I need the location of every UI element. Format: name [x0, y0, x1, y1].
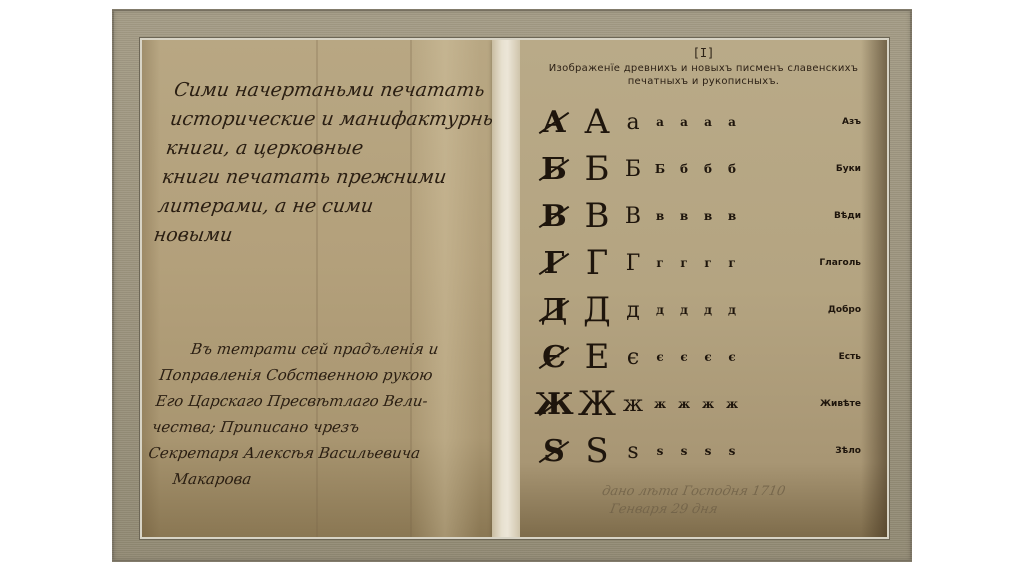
plate-number: [I] — [520, 46, 887, 60]
letter-variant: б — [720, 162, 744, 176]
new-letter-large: Б — [576, 149, 618, 189]
old-letter-struck: Ж — [532, 387, 576, 422]
letter-variant: а — [672, 115, 696, 129]
new-letter-large: S — [576, 431, 618, 471]
pencil-note: Генваря 29 дня — [609, 502, 719, 518]
letter-name: Азъ — [842, 117, 861, 127]
letter-variant: є — [696, 350, 720, 364]
new-letter-medium: а — [618, 110, 648, 135]
alphabet-row: ББББбббБуки — [532, 149, 887, 189]
letter-variant: в — [648, 209, 672, 223]
letter-name: Добро — [828, 305, 861, 315]
new-letter-medium: ж — [618, 392, 648, 417]
new-letter-large: Ж — [576, 384, 618, 424]
letter-variant: а — [720, 115, 744, 129]
alphabet-row: ВВВввввВѣди — [532, 196, 887, 236]
letter-variant: д — [720, 303, 744, 317]
letter-variant: г — [648, 256, 672, 270]
letter-variant: ѕ — [648, 444, 672, 458]
letter-variant: г — [696, 256, 720, 270]
letter-variant: є — [672, 350, 696, 364]
plate-title: Изображенїе древнихъ и новыхъ писменъ сл… — [520, 62, 887, 88]
handwritten-resolution: Сими начертаньми печатать исторические и… — [152, 76, 516, 250]
letter-variant: а — [648, 115, 672, 129]
letter-variant: ж — [672, 397, 696, 411]
alphabet-row: ААаааааАзъ — [532, 102, 887, 142]
letter-name: Зѣло — [835, 446, 861, 456]
new-letter-medium: s — [618, 439, 648, 464]
letter-variant: s — [696, 444, 720, 458]
letter-variant: а — [696, 115, 720, 129]
alphabet-row: ДДдддддДобро — [532, 290, 887, 330]
old-letter-struck: А — [532, 105, 576, 140]
picture-frame: Сими начертаньми печатать исторические и… — [112, 9, 912, 562]
handwritten-annotation: Въ тетрати сей прадъленія и Поправленія … — [143, 336, 440, 492]
new-letter-large: В — [576, 196, 618, 236]
letter-name: Есть — [839, 352, 861, 362]
letter-variant: д — [672, 303, 696, 317]
letter-variant: ж — [648, 397, 672, 411]
old-letter-struck: В — [532, 199, 576, 234]
letter-variant: б — [696, 162, 720, 176]
letter-name: Живѣте — [820, 399, 861, 409]
alphabet-row: ЖЖжжжжжЖивѣте — [532, 384, 887, 424]
letter-variant: г — [672, 256, 696, 270]
right-page: [I] Изображенїе древнихъ и новыхъ писмен… — [520, 40, 887, 537]
alphabet-row: ЄЕєєєєєЕсть — [532, 337, 887, 377]
letter-variant: Б — [648, 162, 672, 176]
letter-variant: г — [720, 256, 744, 270]
old-letter-struck: Г — [532, 246, 576, 281]
letter-variant: s — [672, 444, 696, 458]
letter-variant: s — [720, 444, 744, 458]
old-letter-struck: Ѕ — [532, 434, 576, 469]
new-letter-medium: є — [618, 345, 648, 370]
letter-variant: в — [720, 209, 744, 223]
new-letter-large: Д — [576, 290, 618, 330]
book-gutter — [492, 40, 520, 537]
alphabet-row: ЅSsѕsssЗѣло — [532, 431, 887, 471]
new-letter-medium: В — [618, 204, 648, 229]
new-letter-medium: д — [618, 298, 648, 323]
letter-variant: ж — [720, 397, 744, 411]
new-letter-large: Г — [576, 243, 618, 283]
new-letter-medium: Б — [618, 157, 648, 182]
letter-variant: ж — [696, 397, 720, 411]
document-photo: Сими начертаньми печатать исторические и… — [140, 38, 889, 539]
old-letter-struck: Д — [532, 293, 576, 328]
new-letter-large: А — [576, 102, 618, 142]
letter-variant: д — [696, 303, 720, 317]
new-letter-large: Е — [576, 337, 618, 377]
letter-variant: в — [672, 209, 696, 223]
letter-name: Глаголь — [819, 258, 861, 268]
letter-name: Буки — [836, 164, 861, 174]
old-letter-struck: Б — [532, 152, 576, 187]
old-letter-struck: Є — [532, 340, 576, 375]
new-letter-medium: Г — [618, 251, 648, 276]
left-page: Сими начертаньми печатать исторические и… — [142, 40, 498, 537]
letter-variant: б — [672, 162, 696, 176]
letter-variant: є — [720, 350, 744, 364]
letter-variant: д — [648, 303, 672, 317]
letter-variant: є — [648, 350, 672, 364]
letter-name: Вѣди — [834, 211, 861, 221]
letter-variant: в — [696, 209, 720, 223]
alphabet-row: ГГГггггГлаголь — [532, 243, 887, 283]
pencil-note: дано лѣта Господня 1710 — [601, 484, 787, 500]
